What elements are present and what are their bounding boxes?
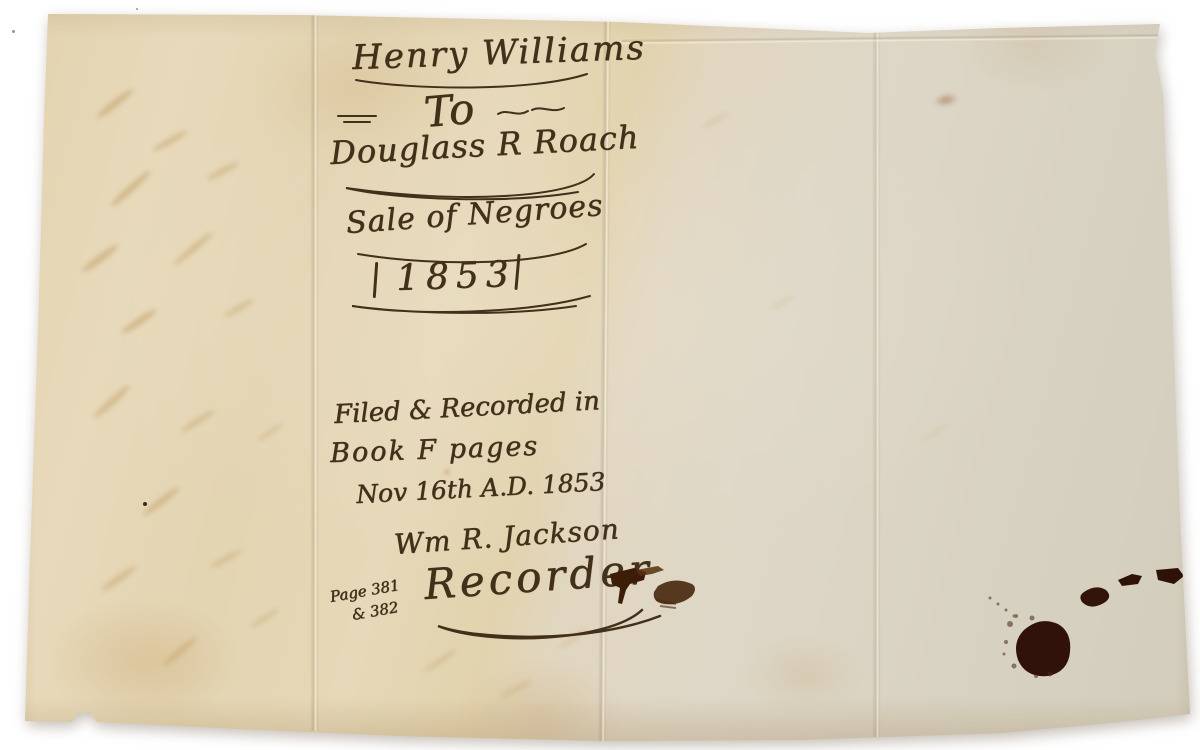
ghost-writing-stroke (95, 87, 136, 121)
flourish-underline (346, 292, 596, 318)
ghost-writing-stroke (100, 564, 138, 594)
ghost-writing-stroke (179, 408, 216, 434)
vertical-fold-crease (872, 28, 881, 740)
paper-sheet-wrap: Henry Williams To Douglass R Roach Sale … (0, 0, 1200, 750)
ghost-writing-stroke (92, 383, 132, 420)
ghost-writing-stroke (141, 485, 182, 519)
ghost-writing-stroke (223, 297, 255, 319)
ghost-writing-stroke (209, 548, 244, 570)
ghost-writing-stroke (499, 678, 534, 700)
document-photo: Henry Williams To Douglass R Roach Sale … (0, 0, 1200, 750)
ghost-writing-stroke (80, 243, 120, 275)
ghost-writing-stroke (422, 647, 459, 674)
ink-speck (143, 502, 147, 506)
vertical-fold-crease (310, 15, 319, 731)
ghost-writing-stroke (172, 231, 214, 268)
filing-note-line3: Nov 16th A.D. 1853 (355, 467, 606, 509)
ink-blot-cluster (600, 560, 720, 624)
ink-blot-cluster (980, 558, 1195, 698)
ghost-writing-stroke (161, 635, 199, 669)
brown-smudge-stain (929, 89, 963, 110)
ghost-writing-stroke (109, 169, 152, 209)
dash-marks-right (496, 102, 566, 120)
filing-note-line1: Filed & Recorded in (333, 386, 600, 430)
ghost-writing-stroke (921, 422, 949, 443)
ghost-writing-stroke (769, 293, 796, 311)
ghost-writing-stroke (120, 307, 159, 336)
ghost-writing-stroke (151, 128, 189, 153)
page-reference-line2: & 382 (350, 598, 399, 624)
ghost-writing-stroke (249, 606, 281, 629)
ghost-writing-stroke (701, 110, 729, 130)
small-stain-dot (443, 468, 451, 476)
horizontal-crease (622, 33, 1164, 45)
dash-marks-left (336, 112, 396, 126)
filing-note-line2: Book F pages (329, 431, 539, 469)
ghost-writing-stroke (256, 422, 283, 443)
ghost-writing-stroke (206, 160, 241, 182)
paper-sheet: Henry Williams To Douglass R Roach Sale … (0, 0, 1200, 750)
